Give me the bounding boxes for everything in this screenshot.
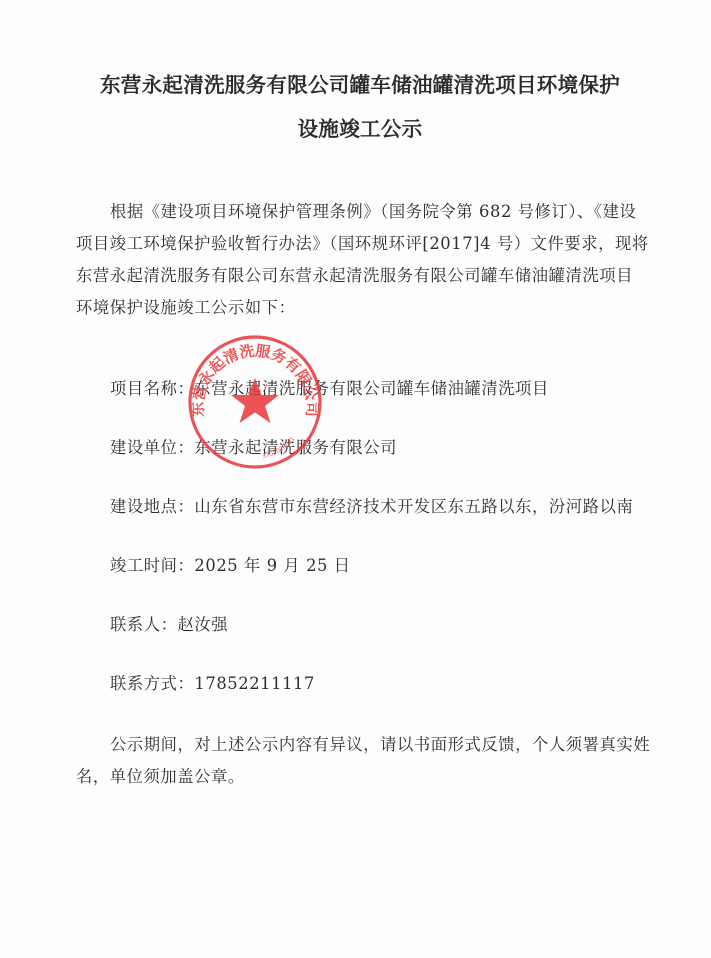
construction-unit-label: 建设单位： (110, 438, 194, 457)
construction-location-value: 山东省东营市东营经济技术开发区东五路以东，汾河路以南 (194, 497, 633, 516)
project-name-label: 项目名称： (110, 379, 194, 398)
completion-date-value: 2025 年 9 月 25 日 (194, 556, 350, 575)
closing-line-2: 名，单位须加盖公章。 (76, 761, 646, 793)
contact-phone-label: 联系方式： (110, 674, 194, 693)
item-contact-person: 联系人：赵汝强 (110, 614, 228, 636)
item-contact-phone: 联系方式：17852211117 (110, 673, 315, 695)
item-project-name: 项目名称：东营永起清洗服务有限公司罐车储油罐清洗项目 (110, 378, 549, 400)
intro-line-2: 项目竣工环境保护验收暂行办法》（国环规环评[2017]4 号）文件要求，现将 (76, 228, 646, 260)
project-name-value: 东营永起清洗服务有限公司罐车储油罐清洗项目 (194, 379, 549, 398)
item-construction-location: 建设地点：山东省东营市东营经济技术开发区东五路以东，汾河路以南 (110, 496, 633, 518)
item-completion-date: 竣工时间：2025 年 9 月 25 日 (110, 555, 351, 577)
closing-paragraph: 公示期间，对上述公示内容有异议，请以书面形式反馈，个人须署真实姓 名，单位须加盖… (76, 729, 646, 793)
document-page: 东营永起清洗服务有限公司罐车储油罐清洗项目环境保护 设施竣工公示 根据《建设项目… (0, 0, 711, 958)
intro-paragraph: 根据《建设项目环境保护管理条例》（国务院令第 682 号修订）、《建设 项目竣工… (76, 196, 646, 324)
contact-phone-value: 17852211117 (194, 674, 315, 693)
construction-unit-value: 东营永起清洗服务有限公司 (194, 438, 397, 457)
intro-line-1: 根据《建设项目环境保护管理条例》（国务院令第 682 号修订）、《建设 (76, 196, 646, 228)
document-title-line-2: 设施竣工公示 (60, 112, 660, 142)
completion-date-label: 竣工时间： (110, 556, 194, 575)
item-construction-unit: 建设单位：东营永起清洗服务有限公司 (110, 437, 397, 459)
document-title-line-1: 东营永起清洗服务有限公司罐车储油罐清洗项目环境保护 (60, 68, 660, 98)
closing-line-1: 公示期间，对上述公示内容有异议，请以书面形式反馈，个人须署真实姓 (76, 729, 646, 761)
contact-person-label: 联系人： (110, 615, 178, 634)
contact-person-value: 赵汝强 (178, 615, 229, 634)
construction-location-label: 建设地点： (110, 497, 194, 516)
intro-line-3: 东营永起清洗服务有限公司东营永起清洗服务有限公司罐车储油罐清洗项目 (76, 260, 646, 292)
intro-line-4: 环境保护设施竣工公示如下： (76, 292, 646, 324)
